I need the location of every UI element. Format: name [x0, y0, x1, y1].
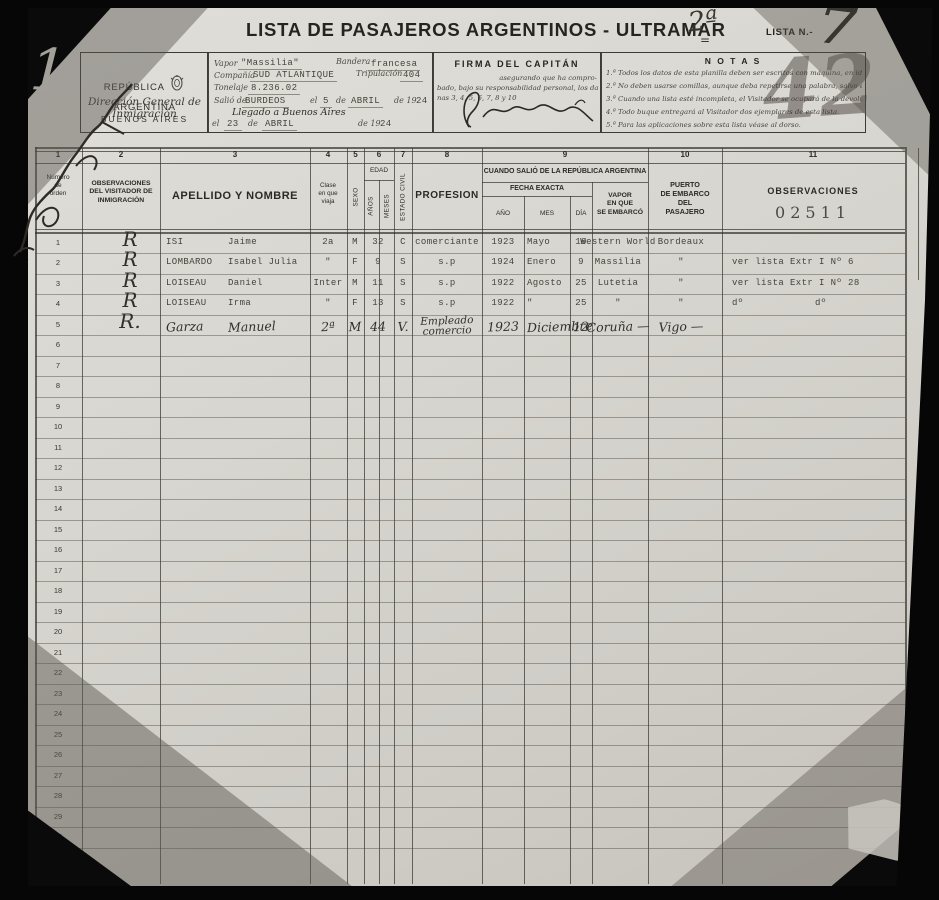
- margin-mark-handwritten: Lu: [3, 273, 26, 295]
- cell-ano: 1923: [491, 237, 514, 247]
- cell-mark: R.: [119, 309, 140, 333]
- col10-header: PUERTO DE EMBARCO DEL PASAJERO: [660, 180, 709, 216]
- grid-hline: [35, 417, 905, 418]
- column-number: 6: [377, 150, 381, 160]
- cell-ano: 1922: [491, 278, 514, 288]
- col4-header: Clase en que viaja: [318, 182, 337, 206]
- cell-apellido: Garza: [166, 318, 204, 334]
- row-number: 5: [56, 320, 60, 329]
- cell-mes: ": [527, 298, 533, 308]
- grid-vline: [592, 182, 593, 884]
- cell-sexo: M: [352, 237, 358, 247]
- cell-apellido: LOISEAU: [166, 278, 207, 288]
- cell-sexo: M: [352, 278, 358, 288]
- corner-scribble-handwriting: [6, 70, 146, 260]
- grid-hline: [35, 151, 905, 152]
- scanned-passenger-list-document: { "header": { "title": "LISTA DE PASAJER…: [0, 0, 939, 900]
- grid-hline: [35, 294, 905, 295]
- row-number: 13: [54, 484, 62, 493]
- grid-hline: [35, 561, 905, 562]
- grid-vline: [412, 148, 413, 884]
- column-number: 3: [233, 150, 237, 160]
- cell-anos: 11: [372, 278, 384, 288]
- column-number: 7: [401, 150, 405, 160]
- cell-clase: Inter: [313, 278, 342, 288]
- grid-hline: [35, 540, 905, 541]
- cell-estado: S: [400, 298, 406, 308]
- grid-vline: [160, 148, 161, 884]
- cell-obs: ver lista Extr I Nº 28: [732, 278, 860, 288]
- grid-hline: [35, 663, 905, 664]
- grid-hline: [35, 163, 905, 164]
- row-number: 29: [54, 812, 62, 821]
- grid-hline: [35, 643, 905, 644]
- grid-vline: [918, 148, 919, 280]
- cell-nombre: Irma: [228, 298, 251, 308]
- grid-hline: [35, 745, 905, 746]
- grid-hline: [482, 196, 592, 197]
- col9-fecha-exacta: FECHA EXACTA: [510, 185, 564, 194]
- cell-clase: 2ª: [321, 318, 335, 333]
- grid-hline: [482, 182, 648, 183]
- row-number: 24: [54, 709, 62, 718]
- cell-estado: S: [400, 257, 406, 267]
- row-number: 23: [54, 689, 62, 698]
- col9-vapor-header: VAPOR EN QUE SE EMBARCÓ: [597, 192, 643, 217]
- grid-hline: [35, 807, 905, 808]
- cell-sexo: F: [352, 257, 358, 267]
- cell-nombre: Daniel: [228, 278, 263, 288]
- col9-mes: MES: [540, 210, 554, 218]
- row-number: 19: [54, 607, 62, 616]
- row-number: 18: [54, 586, 62, 595]
- cell-clase: ": [325, 257, 331, 267]
- cell-sexo: M: [348, 318, 361, 333]
- grid-hline: [35, 704, 905, 705]
- grid-hline: [35, 602, 905, 603]
- grid-hline: [35, 458, 905, 459]
- cell-vapor: Lutetia: [598, 278, 639, 288]
- grid-hline: [35, 581, 905, 582]
- grid-vline: [394, 148, 395, 884]
- row-number: 9: [56, 402, 60, 411]
- column-number: 10: [681, 150, 690, 160]
- grid-vline: [310, 148, 311, 884]
- col8-header: PROFESION: [415, 190, 478, 203]
- cell-anos: 13: [372, 298, 384, 308]
- cell-puerto: ": [678, 278, 684, 288]
- row-number: 10: [54, 422, 62, 431]
- cell-dia: 9: [578, 257, 584, 267]
- row-number: 11: [54, 443, 62, 452]
- cell-profesion: s.p: [438, 298, 455, 308]
- column-number: 9: [563, 150, 567, 160]
- cell-anos: 44: [370, 318, 386, 334]
- grid-hline: [35, 622, 905, 623]
- row-number: 30: [54, 832, 62, 841]
- grid-hline: [35, 253, 905, 254]
- cell-puerto: ": [678, 298, 684, 308]
- grid-vline: [722, 148, 723, 884]
- cell-apellido: LOISEAU: [166, 298, 207, 308]
- cell-nombre: Isabel Julia: [228, 257, 298, 267]
- cell-mes: Enero: [527, 257, 556, 267]
- cell-anos: 9: [375, 257, 381, 267]
- cell-dia: 25: [575, 298, 587, 308]
- row-number: 26: [54, 750, 62, 759]
- cell-ano: 1924: [491, 257, 514, 267]
- row-number: 27: [54, 771, 62, 780]
- cell-sexo: F: [352, 298, 358, 308]
- cell-anos: 32: [372, 237, 384, 247]
- grid-hline: [35, 520, 905, 521]
- grid-hline: [35, 725, 905, 726]
- row-number: 14: [54, 504, 62, 513]
- col9-header: CUANDO SALIÓ DE LA REPÚBLICA ARGENTINA: [484, 168, 647, 177]
- grid-vline: [648, 148, 649, 884]
- grid-hline: [35, 232, 905, 234]
- grid-hline: [35, 274, 905, 275]
- col6-sub-anos: AÑOS: [368, 196, 375, 215]
- row-number: 21: [54, 648, 62, 657]
- cell-dia: 25: [575, 278, 587, 288]
- cell-vapor: Western World: [580, 237, 655, 247]
- grid-hline: [35, 229, 905, 230]
- col6-header-edad: EDAD: [370, 167, 388, 175]
- cell-profesion: s.p: [438, 257, 455, 267]
- row-number: 28: [54, 791, 62, 800]
- row-number: 25: [54, 730, 62, 739]
- row-number: 7: [56, 361, 60, 370]
- grid-hline: [35, 766, 905, 767]
- column-number: 8: [445, 150, 449, 160]
- col3-header: APELLIDO Y NOMBRE: [172, 190, 298, 204]
- cell-mes: Mayo: [527, 237, 550, 247]
- grid-hline: [35, 356, 905, 357]
- cell-profesion: s.p: [438, 278, 455, 288]
- cell-profesion: comerciante: [415, 237, 479, 247]
- grid-hline: [35, 499, 905, 500]
- grid-hline: [35, 438, 905, 439]
- cell-puerto: Vigo —: [658, 318, 703, 335]
- col7-header: ESTADO CIVIL: [400, 173, 407, 221]
- grid-hline: [364, 180, 394, 181]
- col9-ano: AÑO: [496, 210, 510, 218]
- grid-vline: [482, 148, 483, 884]
- cell-estado: S: [400, 278, 406, 288]
- stamp-number: 02511: [775, 203, 851, 223]
- row-number: 12: [54, 463, 62, 472]
- cell-obs: ver lista Extr I Nº 6: [732, 257, 854, 267]
- cell-clase: 2a: [322, 237, 334, 247]
- cell-vapor: ": [615, 298, 621, 308]
- cell-ano: 1922: [491, 298, 514, 308]
- grid-vline: [347, 148, 348, 884]
- cell-ano: 1923: [487, 318, 519, 334]
- cell-mes: Agosto: [527, 278, 562, 288]
- column-number: 4: [326, 150, 330, 160]
- grid-hline: [35, 479, 905, 480]
- cell-estado: C: [400, 237, 406, 247]
- cell-profesion: Empleado comercio: [420, 315, 474, 337]
- cell-obs2: dº: [815, 298, 827, 308]
- column-number: 5: [353, 150, 357, 160]
- grid-hline: [35, 147, 905, 149]
- grid-hline: [35, 848, 905, 849]
- row-number: 22: [54, 668, 62, 677]
- grid-vline: [364, 148, 365, 884]
- row-number: 4: [56, 299, 60, 308]
- grid-vline: [905, 147, 907, 884]
- cell-obs: dº: [732, 298, 744, 308]
- cell-nombre: Jaime: [228, 237, 257, 247]
- cell-vapor: Massilia: [595, 257, 641, 267]
- grid-hline: [35, 827, 905, 828]
- column-number: 11: [809, 150, 817, 160]
- col6-sub-meses: MESES: [384, 194, 391, 218]
- col11-header: OBSERVACIONES: [767, 186, 858, 197]
- cell-apellido: LOMBARDO: [166, 257, 212, 267]
- cell-vapor: Coruña —: [586, 317, 650, 334]
- row-number: 3: [56, 279, 60, 288]
- grid-hline: [35, 397, 905, 398]
- row-number: 16: [54, 545, 62, 554]
- row-number: 20: [54, 627, 62, 636]
- row-number: 15: [54, 525, 62, 534]
- row-number: 8: [56, 381, 60, 390]
- cell-estado: V.: [397, 318, 408, 333]
- row-number: 17: [54, 566, 62, 575]
- cell-puerto: Bordeaux: [658, 237, 704, 247]
- cell-nombre: Manuel: [228, 318, 276, 335]
- cell-apellido: ISI: [166, 237, 183, 247]
- col5-header: SEXO: [353, 187, 360, 206]
- grid-hline: [35, 684, 905, 685]
- cell-clase: ": [325, 298, 331, 308]
- grid-hline: [35, 786, 905, 787]
- col9-dia: DÍA: [576, 210, 587, 218]
- cell-puerto: ": [678, 257, 684, 267]
- row-number: 6: [56, 340, 60, 349]
- grid-hline: [35, 376, 905, 377]
- margin-mark-handwritten: Ra: [3, 294, 27, 316]
